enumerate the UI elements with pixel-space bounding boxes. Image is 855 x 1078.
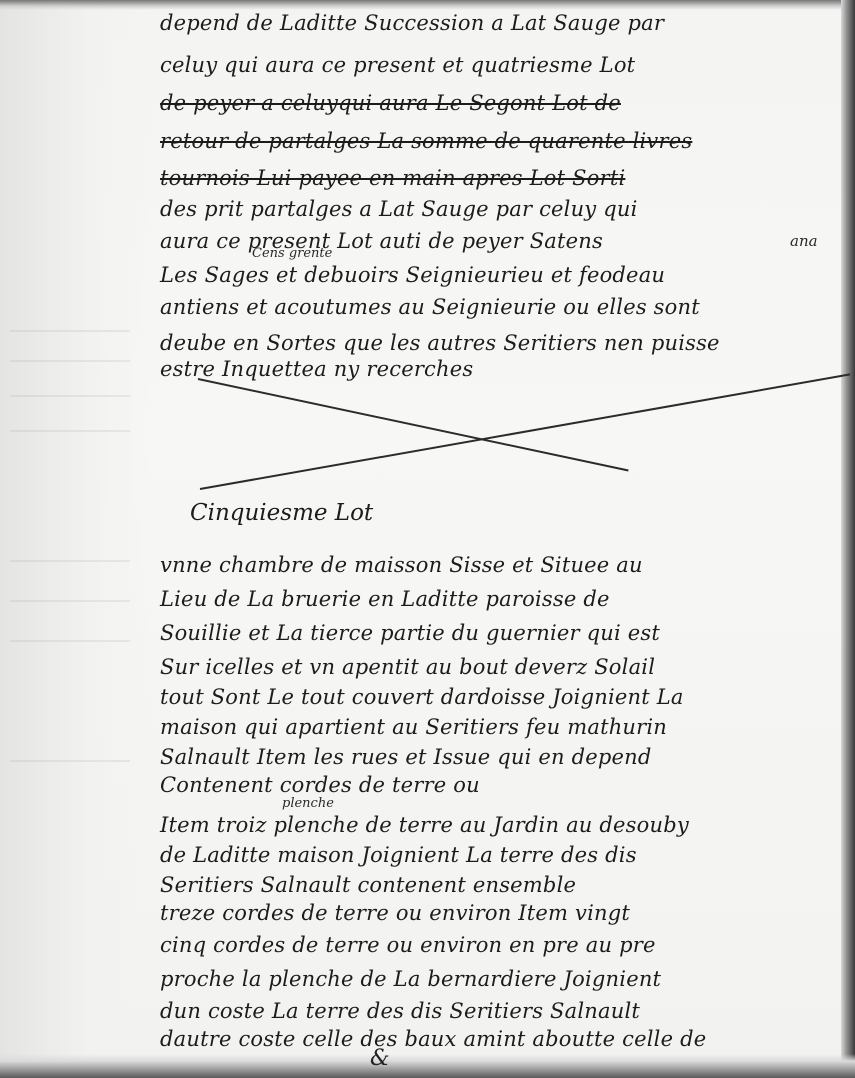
- cancellation-stroke: [200, 373, 850, 490]
- text-line: celuy qui aura ce present et quatriesme …: [160, 52, 830, 78]
- lot-heading: Cinquiesme Lot: [190, 500, 373, 526]
- text-line: Contenent cordes de terre ou: [160, 772, 830, 798]
- bleed-through-margin: [0, 0, 150, 1078]
- manuscript-page: depend de Laditte Succession a Lat Sauge…: [0, 0, 855, 1078]
- page-bottom-edge: [0, 1054, 855, 1078]
- footer-mark: &: [370, 1046, 390, 1071]
- text-line: dautre coste celle des baux amint aboutt…: [160, 1026, 830, 1052]
- text-line: Lieu de La bruerie en Laditte paroisse d…: [160, 586, 830, 612]
- interlinear-note: plenche: [282, 796, 334, 811]
- text-line: proche la plenche de La bernardiere Joig…: [160, 966, 830, 992]
- book-binding-edge: [841, 0, 855, 1078]
- text-line: cinq cordes de terre ou environ en pre a…: [160, 932, 830, 958]
- text-line: maison qui apartient au Seritiers feu ma…: [160, 714, 830, 740]
- text-line: des prit partalges a Lat Sauge par celuy…: [160, 196, 830, 222]
- text-line: Item troiz plenche de terre au Jardin au…: [160, 812, 830, 838]
- text-line: Sur icelles et vn apentit au bout deverz…: [160, 654, 830, 680]
- text-line: Les Sages et debuoirs Seignieurieu et fe…: [160, 262, 830, 288]
- margin-note: ana: [790, 232, 818, 250]
- text-line: estre Inquettea ny recerches: [160, 356, 830, 382]
- text-line: antiens et acoutumes au Seignieurie ou e…: [160, 294, 830, 320]
- text-line: de Laditte maison Joignient La terre des…: [160, 842, 830, 868]
- text-line: dun coste La terre des dis Seritiers Sal…: [160, 998, 830, 1024]
- text-line-struck: retour de partalges La somme de quarente…: [160, 128, 830, 154]
- text-line: tout Sont Le tout couvert dardoisse Joig…: [160, 684, 830, 710]
- text-line: depend de Laditte Succession a Lat Sauge…: [160, 10, 830, 36]
- text-line: treze cordes de terre ou environ Item vi…: [160, 900, 830, 926]
- text-line: Souillie et La tierce partie du guernier…: [160, 620, 830, 646]
- text-line: deube en Sortes que les autres Seritiers…: [160, 330, 830, 356]
- page-top-edge: [0, 0, 855, 10]
- text-line: Salnault Item les rues et Issue qui en d…: [160, 744, 830, 770]
- text-line: Seritiers Salnault contenent ensemble: [160, 872, 830, 898]
- text-line-struck: tournois Lui payee en main apres Lot Sor…: [160, 165, 830, 191]
- text-line: vnne chambre de maisson Sisse et Situee …: [160, 552, 830, 578]
- interlinear-note: Cens grente: [252, 246, 332, 261]
- text-line-struck: de peyer a celuyqui aura Le Segont Lot d…: [160, 90, 830, 116]
